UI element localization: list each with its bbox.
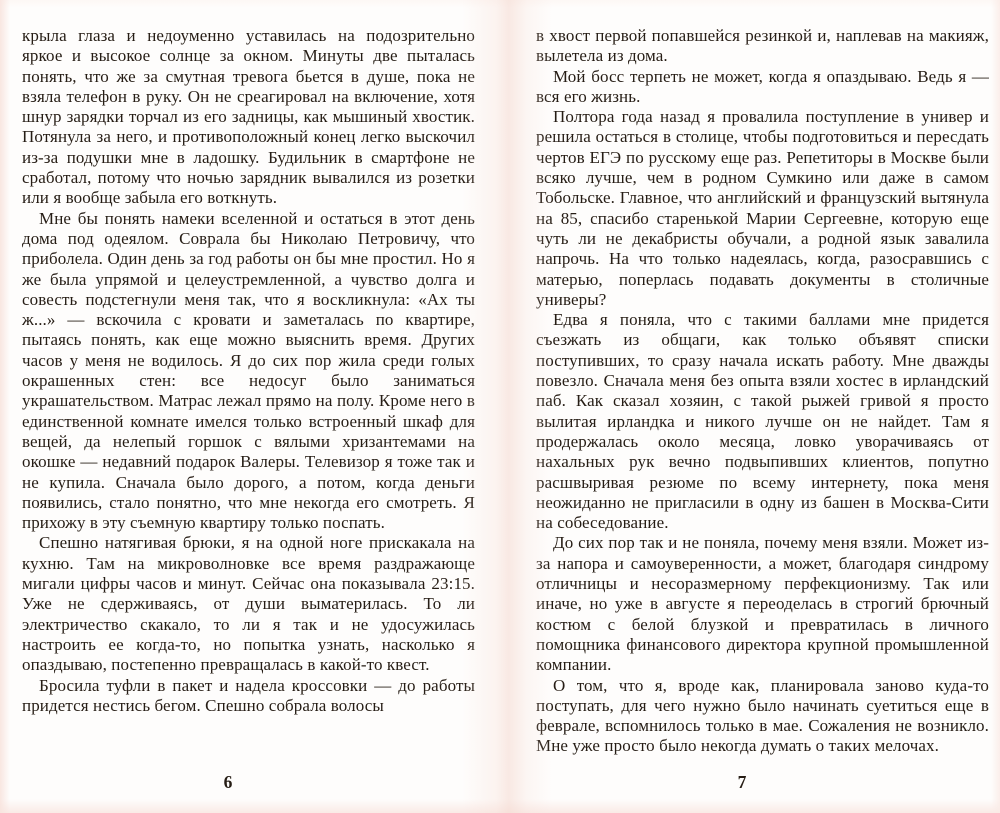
page-right: в хвост первой попавшейся резинкой и, на…	[500, 0, 1000, 813]
page-left: крыла глаза и недоуменно уставилась на п…	[0, 0, 500, 813]
page-number-left: 6	[0, 772, 478, 793]
paragraph: Полтора года назад я провалила поступлен…	[536, 107, 989, 310]
paragraph: До сих пор так и не поняла, почему меня …	[536, 533, 989, 675]
page-left-text: крыла глаза и недоуменно уставилась на п…	[22, 26, 475, 716]
paragraph: Мне бы понять намеки вселенной и остатьс…	[22, 209, 475, 534]
paragraph: Спешно натягивая брюки, я на одной ноге …	[22, 533, 475, 675]
paragraph: Мой босс терпеть не может, когда я опазд…	[536, 67, 989, 108]
paragraph: О том, что я, вроде как, планировала зан…	[536, 676, 989, 757]
paragraph: в хвост первой попавшейся резинкой и, на…	[536, 26, 989, 67]
paragraph: крыла глаза и недоуменно уставилась на п…	[22, 26, 475, 209]
paragraph: Бросила туфли в пакет и надела кроссовки…	[22, 676, 475, 717]
page-number-right: 7	[492, 772, 992, 793]
page-right-text: в хвост первой попавшейся резинкой и, на…	[536, 26, 989, 757]
paragraph: Едва я поняла, что с такими баллами мне …	[536, 310, 989, 533]
book-spread: крыла глаза и недоуменно уставилась на п…	[0, 0, 1000, 813]
